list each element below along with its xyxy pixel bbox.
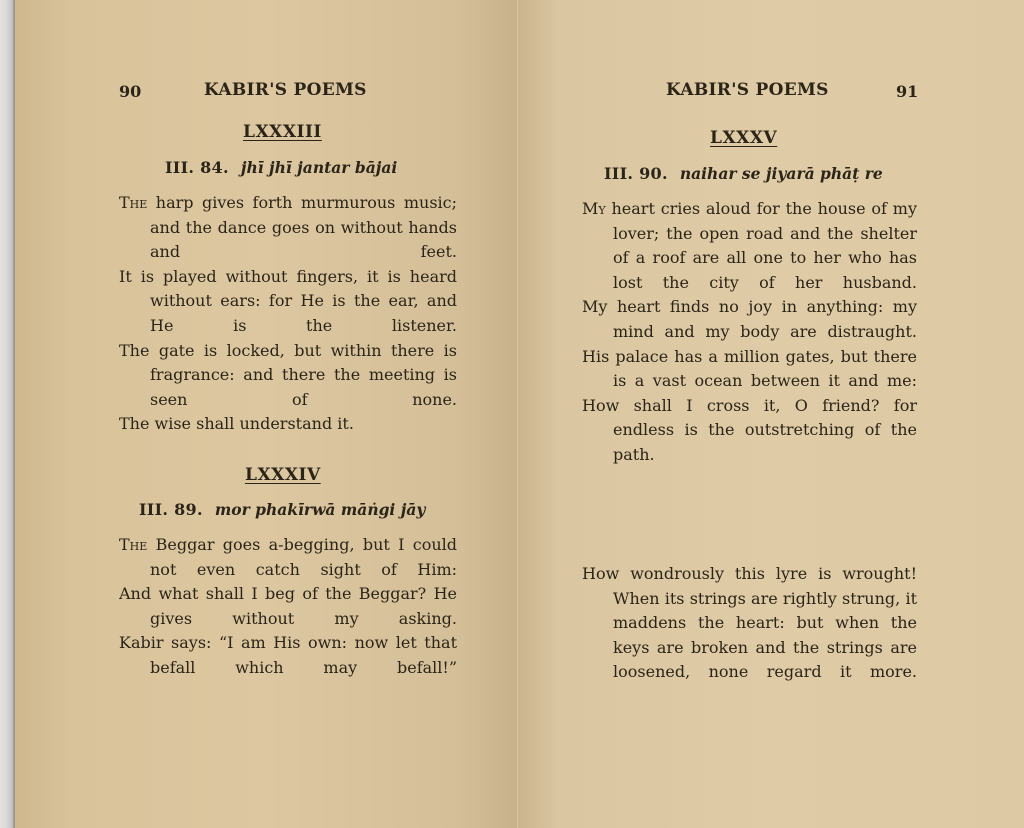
source-ref: III. 90.: [604, 164, 668, 183]
source-line-lxxxiv: III. 89.mor phakīrwā māṅgi jāy: [139, 500, 425, 519]
poem-body-lxxxv-stanza-2: How wondrously this lyre is wrought! Whe…: [582, 562, 917, 685]
poem-number-lxxxv: LXXXV: [710, 128, 777, 148]
source-ref: III. 84.: [165, 158, 229, 177]
running-head-left: KABIR'S POEMS: [204, 80, 367, 100]
source-title: mor phakīrwā māṅgi jāy: [215, 500, 426, 519]
page-number-left: 90: [119, 82, 141, 101]
source-line-lxxxv: III. 90.naihar se jiyarā phāṭ re: [604, 164, 883, 183]
poem-line: How wondrously this lyre is wrought! Whe…: [582, 562, 917, 685]
poem-line: How shall I cross it, O friend? for endl…: [582, 394, 917, 468]
window-edge-strip: [0, 0, 15, 828]
poem-line: His palace has a million gates, but ther…: [582, 345, 917, 394]
poem-body-lxxxiv: The Beggar goes a-begging, but I could n…: [119, 533, 457, 681]
source-title: jhī jhī jantar bājai: [241, 158, 397, 177]
poem-line: And what shall I beg of the Beggar? He g…: [119, 582, 457, 631]
poem-line: Kabir says: “I am His own: now let that …: [119, 631, 457, 680]
left-page: 90 KABIR'S POEMS LXXXIII III. 84.jhī jhī…: [15, 0, 518, 828]
poem-line: The gate is locked, but within there is …: [119, 339, 457, 413]
poem-number-lxxxiv: LXXXIV: [245, 465, 321, 485]
poem-line: My heart finds no joy in anything: my mi…: [582, 295, 917, 344]
source-line-lxxxiii: III. 84.jhī jhī jantar bājai: [165, 158, 397, 177]
poem-line: It is played without fingers, it is hear…: [119, 265, 457, 339]
source-ref: III. 89.: [139, 500, 203, 519]
poem-body-lxxxv-stanza-1: My heart cries aloud for the house of my…: [582, 197, 917, 468]
poem-body-lxxxiii: The harp gives forth murmurous music; an…: [119, 191, 457, 437]
poem-line: My heart cries aloud for the house of my…: [582, 197, 917, 295]
running-head-right: KABIR'S POEMS: [666, 80, 829, 100]
poem-number-lxxxiii: LXXXIII: [243, 122, 322, 142]
poem-line: The wise shall understand it.: [119, 412, 457, 437]
source-title: naihar se jiyarā phāṭ re: [680, 164, 883, 183]
right-page: KABIR'S POEMS 91 LXXXV III. 90.naihar se…: [518, 0, 1024, 828]
page-number-right: 91: [896, 82, 918, 101]
poem-line: The harp gives forth murmurous music; an…: [119, 191, 457, 265]
poem-line: The Beggar goes a-begging, but I could n…: [119, 533, 457, 582]
